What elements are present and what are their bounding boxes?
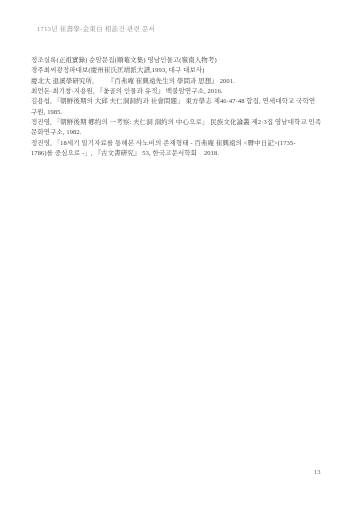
reference-line: 구원, 1985. [31,108,336,118]
reference-line: 김용섭, 「朝鮮後期의 大邱 夫仁洞洞約과 社會問題」 東方學志 제46·47·… [31,97,336,107]
reference-line: 문화연구소, 1982. [31,128,336,138]
reference-line: 정조실록(正祖實錄) 순암문집(順菴文集) 영남인물고(嶺南人物考) [31,56,336,66]
page-number: 13 [314,469,321,476]
reference-line: 경주최씨광정파대보(慶州崔氏匡靖派大譜,1993, 대구 대보사) [31,66,336,76]
reference-line: 慶北大 退溪學研究所, 『百弗庵 崔興遠先生의 學問과 思想』 2001. [31,77,336,87]
reference-line: 최언돈·최기창·지용원, 『옻골의 인물과 유적』 백불암연구소, 2016. [31,87,336,97]
references-list: 정조실록(正祖實錄) 순암문집(順菴文集) 영남인물고(嶺南人物考) 경주최씨광… [31,56,336,159]
reference-line: 정진영, 「朝鮮後期 鄕約의 一考察: 夫仁洞 洞約의 中心으로」 民族文化論叢… [31,118,336,128]
reference-line: 1786)를 중심으로 -」, 『古文書硏究』 53, 한국고문서학회 2018… [31,149,336,159]
reference-line: 정진영, 「18세기 일기자료를 통해본 사노비의 존재형태 - 百弗庵 崔興遠… [31,139,336,149]
document-page: 1713년 崔壽學-金東白 相訟건 관련 문서 정조실록(正祖實錄) 순암문집(… [0,0,360,509]
page-header: 1713년 崔壽學-金東白 相訟건 관련 문서 [37,26,155,34]
